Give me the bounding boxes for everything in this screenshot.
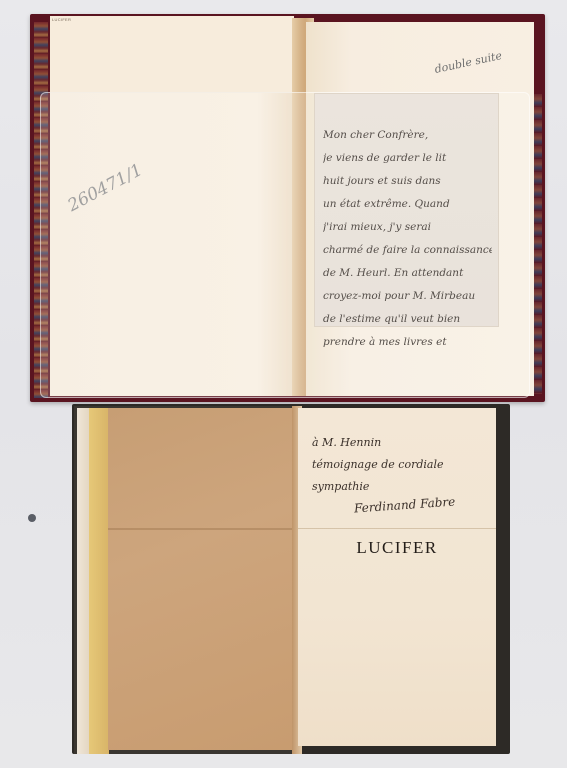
flyleaf-fold xyxy=(108,528,294,530)
top-book-left-page-flap xyxy=(50,16,294,93)
plastic-sleeve xyxy=(40,92,530,398)
book-title: LUCIFER xyxy=(298,538,496,558)
inscription-line: à M. Hennin xyxy=(312,432,443,454)
inscription-line: sympathie xyxy=(312,476,443,498)
left-page-header-label: LUCIFER xyxy=(52,17,71,22)
inscription-line: témoignage de cordiale xyxy=(312,454,443,476)
yellow-wrapper-edge xyxy=(89,408,109,754)
foxed-flyleaf xyxy=(108,408,294,750)
sleeve-rivet xyxy=(28,514,36,522)
dedication-inscription: à M. Hennin témoignage de cordiale sympa… xyxy=(312,432,443,498)
title-page-fold xyxy=(298,528,496,529)
